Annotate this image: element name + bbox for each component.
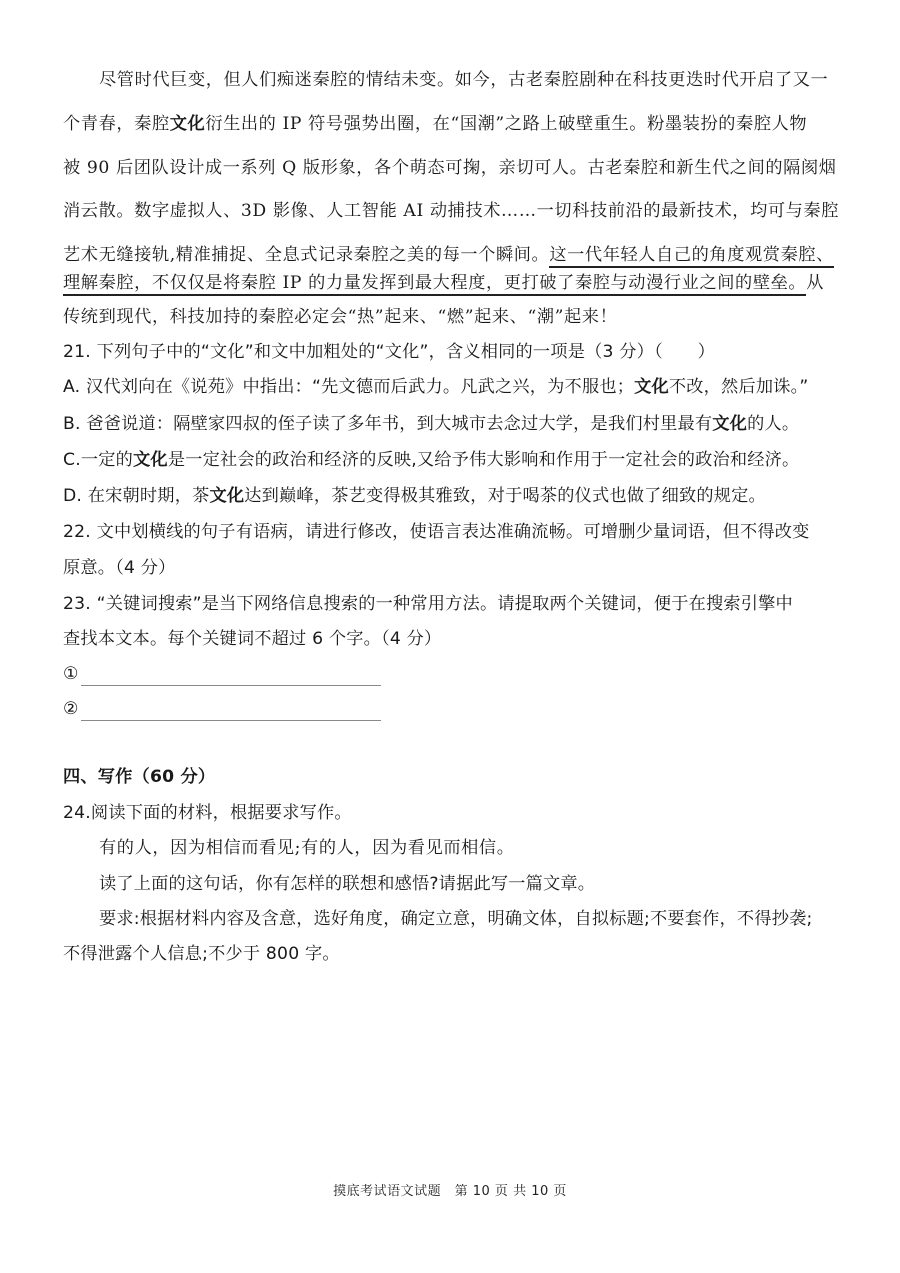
q23-answer-1[interactable]: ① xyxy=(63,662,381,686)
blank-2-label: ② xyxy=(63,699,79,719)
q22-line-2: 原意。（4 分） xyxy=(63,556,176,580)
passage-line-5: 艺术无缝接轨,精准捕捉、全息式记录秦腔之美的每一个瞬间。这一代年轻人自己的角度观… xyxy=(63,243,834,267)
answer-blank-1[interactable] xyxy=(81,667,381,686)
bold-keyword-wenhua: 文化 xyxy=(170,114,206,134)
section-4-title: 四、写作（60 分） xyxy=(63,765,215,789)
underlined-sentence: 这一代年轻人自己的角度观赏秦腔、 xyxy=(549,245,834,268)
q24-stem: 24.阅读下面的材料，根据要求写作。 xyxy=(63,801,352,825)
q23-line-2: 查找本文本。每个关键词不超过 6 个字。（4 分） xyxy=(63,627,441,651)
passage-line-1: 尽管时代巨变，但人们痴迷秦腔的情结未变。如今，古老秦腔剧种在科技更迭时代开启了又… xyxy=(63,68,828,92)
q21-option-d[interactable]: D. 在宋朝时期，茶文化达到巅峰，茶艺变得极其雅致，对于喝茶的仪式也做了细致的规… xyxy=(63,484,766,508)
passage-line-6: 理解秦腔，不仅仅是将秦腔 IP 的力量发挥到最大程度，更打破了秦腔与动漫行业之间… xyxy=(63,271,824,295)
q22-line-1: 22. 文中划横线的句子有语病，请进行修改，使语言表达准确流畅。可增删少量词语，… xyxy=(63,520,810,544)
answer-blank-2[interactable] xyxy=(81,702,381,721)
q24-material: 有的人，因为相信而看见;有的人，因为看见而相信。 xyxy=(63,836,515,860)
blank-1-label: ① xyxy=(63,664,79,684)
q24-requirements-2: 不得泄露个人信息;不少于 800 字。 xyxy=(63,942,340,966)
q24-prompt: 读了上面的这句话，你有怎样的联想和感悟?请据此写一篇文章。 xyxy=(63,872,595,896)
q24-requirements-1: 要求:根据材料内容及含意，选好角度，确定立意，明确文体，自拟标题;不要套作，不得… xyxy=(63,907,812,931)
page-footer: 摸底考试语文试题 第 10 页 共 10 页 xyxy=(0,1180,900,1199)
q23-answer-2[interactable]: ② xyxy=(63,697,381,721)
q21-option-b[interactable]: B. 爸爸说道：隔壁家四叔的侄子读了多年书，到大城市去念过大学，是我们村里最有文… xyxy=(63,412,799,436)
q23-line-1: 23. “关键词搜索”是当下网络信息搜索的一种常用方法。请提取两个关键词，便于在… xyxy=(63,592,793,616)
passage-line-7: 传统到现代，科技加持的秦腔必定会“热”起来、“燃”起来、“潮”起来！ xyxy=(63,305,617,329)
underlined-sentence-cont: 理解秦腔，不仅仅是将秦腔 IP 的力量发挥到最大程度，更打破了秦腔与动漫行业之间… xyxy=(63,273,806,296)
q21-stem: 21. 下列句子中的“文化”和文中加粗处的“文化”，含义相同的一项是（3 分）（… xyxy=(63,340,715,364)
passage-line-2: 个青春，秦腔文化衍生出的 IP 符号强势出圈，在“国潮”之路上破壁重生。粉墨装扮… xyxy=(63,112,807,136)
passage-line-4: 消云散。数字虚拟人、3D 影像、人工智能 AI 动捕技术……一切科技前沿的最新技… xyxy=(63,199,839,223)
q21-option-c[interactable]: C.一定的文化是一定社会的政治和经济的反映,又给予伟大影响和作用于一定社会的政治… xyxy=(63,448,799,472)
passage-line-3: 被 90 后团队设计成一系列 Q 版形象，各个萌态可掬，亲切可人。古老秦腔和新生… xyxy=(63,156,837,180)
q21-option-a[interactable]: A. 汉代刘向在《说苑》中指出：“先文德而后武力。凡武之兴，为不服也；文化不改，… xyxy=(63,375,809,399)
